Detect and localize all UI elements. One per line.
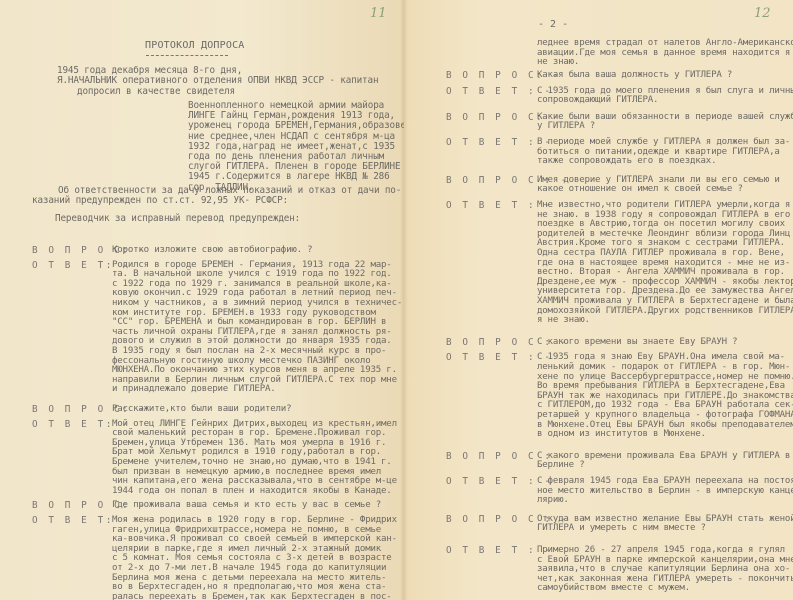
qa-text-line: заявила,что в случае капитуляции Берлина…: [537, 564, 790, 574]
qa-text-line: поездке в Австрию,тогда он посетил могил…: [537, 219, 785, 229]
text-line: не знаю.: [537, 57, 579, 67]
qa-text-line: ГИТЛЕРА и умереть с ним вместе ?: [537, 523, 706, 533]
qa-text-line: направили в Берлин личным слугой ГИТЛЕРА…: [112, 375, 397, 385]
qa-text-line: домохозяйкой ГИТЛЕРА.Других родственнико…: [537, 306, 793, 316]
qa-text-line: в Мюнхене.Отец Евы БРАУН был якобы препо…: [537, 420, 793, 430]
qa-text-line: Мой отец ЛИНГЕ Гейнрих Дитрих,выходец из…: [112, 419, 397, 429]
qa-text-line: Дрездене,ее муж - профессор ХАММИЧ - яко…: [537, 277, 793, 287]
qa-text-line: самоубийством вместе с мужем.: [537, 583, 690, 593]
page-left: 11 ПРОТОКОЛ ДОПРОСА 1945 года декабря ме…: [0, 0, 404, 600]
page-number: - 2 -: [538, 19, 568, 30]
qa-text-line: Берлина моя жена с детьми переехала на м…: [112, 573, 386, 583]
archive-page-number: 12: [754, 6, 771, 21]
qa-text-line: Расскажите,кто были ваши родители?: [112, 404, 291, 414]
qa-text-line: родителей в местечке Леондинг вблизи гор…: [537, 229, 793, 239]
qa-text-line: я не знаю.: [537, 315, 590, 325]
qa-text-line: ралась переехать в Бремен,так как Берхте…: [112, 592, 392, 600]
qa-text-line: целярии в парке,где я имел личный 2-х эт…: [112, 544, 381, 554]
qa-text-line: с Евой БРАУН в парке имперской канцеляри…: [537, 555, 793, 565]
qa-text-line: в одном из институтов в Мюнхене.: [537, 429, 706, 439]
qa-text-line: сопровождающий ГИТЛЕРА.: [537, 95, 658, 105]
qa-text-line: гаген,улица Фридрихштрассе,номера не пом…: [112, 525, 381, 535]
qa-text-line: Где проживала ваша семья и кто есть у ва…: [112, 500, 381, 510]
qa-text-line: ное место жительство в Берлин - в имперс…: [537, 486, 793, 496]
qa-text-line: МЮНХЕНА.По окончанию этих курсов меня в …: [112, 365, 397, 375]
qa-text-line: "СС" гор. БРЕМЕНА и был командирован в г…: [112, 317, 386, 327]
qa-text-line: с ГИТЛЕРОМ,до 1932 года - Ева БРАУН рабо…: [537, 400, 793, 410]
qa-text-line: ка-вовчика.Я проживал со своей семьей в …: [112, 534, 397, 544]
qa-text-line: с 5 комнат. Моя семья состояла с 3-х дет…: [112, 553, 392, 563]
translator-line: Переводчик за исправный перевод предупре…: [55, 214, 300, 224]
qa-text-line: В 1935 году я был послан на 2-х месячный…: [112, 346, 386, 356]
qa-text-line: дового и служил в этой должности до янва…: [112, 336, 392, 346]
qa-text-line: Какая была ваша должность у ГИТЛЕРА ?: [537, 70, 732, 80]
page-right: 12 - 2 - леднее время страдал от налетов…: [404, 0, 793, 600]
qa-text-line: Австрия.Кроме того я знаком с сестрами Г…: [537, 238, 785, 248]
qa-text-line: Моя жена родилась в 1920 году в гор. Бер…: [112, 515, 397, 525]
qa-text-line: Мне известно,что родители ГИТЛЕРА умерли…: [537, 200, 790, 210]
qa-text-line: фессональную гостиную школу местечко ПАЗ…: [112, 356, 370, 366]
qa-text-line: свой маленький ресторан в гор. Бремене.П…: [112, 428, 386, 438]
qa-text-line: ковую окончил.с 1929 года работал в летн…: [112, 288, 397, 298]
qa-text-line: Брат мой Хельмут родился в 1910 году,раб…: [112, 447, 381, 457]
qa-text-line: Коротко изложите свою автобиографию. ?: [112, 245, 312, 255]
qa-text-line: та. В начальной школе учился с 1919 года…: [112, 269, 392, 279]
qa-text-line: ленький домик - подарок от ГИТЛЕРА - в г…: [537, 362, 790, 372]
text-line: авиации.Где моя семья в данное время нах…: [537, 48, 790, 58]
archive-page-number: 11: [370, 6, 387, 21]
qa-text-line: Берлине ?: [537, 460, 584, 470]
qa-text-line: и принадлежало доверие ГИТЛЕРА.: [112, 384, 276, 394]
qa-text-line: Примерно 26 - 27 апреля 1945 года,когда …: [537, 545, 785, 555]
qa-text-line: чин капитана,его жена рассказывала,что в…: [112, 476, 397, 486]
qa-text-line: также сопровождать его в поездках.: [537, 156, 716, 166]
qa-text-line: от 2-х до 7-ми лет.В начале 1945 года до…: [112, 563, 386, 573]
qa-text-line: вестно. Вторая - Ангела ХАММИЧ проживала…: [537, 267, 785, 277]
qa-text-line: С 1935 года до моего пленения я был слуг…: [537, 86, 793, 96]
qa-text-line: ХАММИЧ проживала у ГИТЛЕРА в Берхтесгаде…: [537, 296, 793, 306]
qa-text-line: ретаршей у крупного владельца - фотограф…: [537, 410, 793, 420]
qa-text-line: ником у частников, а в зимний период учи…: [112, 298, 402, 308]
document-title: ПРОТОКОЛ ДОПРОСА: [145, 40, 245, 51]
qa-text-line: ботиться о питании,одежде и квартире ГИТ…: [537, 147, 780, 157]
qa-text-line: Одна сестра ПАУЛА ГИТЛЕР проживала в гор…: [537, 248, 785, 258]
qa-text-line: университета гор. Дрездена.До ее замужес…: [537, 286, 793, 296]
qa-text-line: 1944 года он попал в плен и находится як…: [112, 486, 392, 496]
title-underline: [146, 55, 228, 56]
qa-text-line: часть личной охраны ГИТЛЕРА,где я занял …: [112, 327, 392, 337]
qa-text-line: С 1935 года я знаю Еву БРАУН.Она имела с…: [537, 352, 785, 362]
qa-text-line: В периоде моей службе у ГИТЛЕРА я должен…: [537, 137, 790, 147]
qa-text-line: у ГИТЛЕРА ?: [537, 121, 595, 131]
qa-text-line: Родился в городе БРЕМЕН - Германия, 1913…: [112, 260, 392, 270]
qa-text-line: Откуда вам известно желание Евы БРАУН ст…: [537, 514, 793, 524]
qa-text-line: С февраля 1945 года Ева БРАУН переехала …: [537, 476, 793, 486]
qa-text-line: во в Берхтесгаден,но я предполагаю,что м…: [112, 582, 386, 592]
text-line: допросил в качестве свидетеля: [77, 87, 235, 97]
qa-text-line: какое отношение он имел к своей семье ?: [537, 184, 743, 194]
qa-text-line: где она в настоящее время находится - мн…: [537, 258, 790, 268]
qa-text-line: не знаю. в 1938 году я сопровождал ГИТЛЕ…: [537, 210, 790, 220]
qa-text-line: Бремене учителем,точно не знаю,но думаю,…: [112, 457, 392, 467]
text-line: леднее время страдал от налетов Англо-Ам…: [537, 38, 793, 48]
qa-text-line: лярию.: [537, 495, 569, 505]
qa-text-line: Какие были ваши обязанности в периоде ва…: [537, 112, 793, 122]
page-fold: [400, 0, 408, 600]
qa-text-line: Во время пребывания ГИТЛЕРА в Берхтесгад…: [537, 381, 785, 391]
qa-text-line: Имея доверие у ГИТЛЕРА знали ли вы его с…: [537, 175, 780, 185]
text-line: казаний предупрежден по ст.ст. 92,95 УК-…: [32, 196, 288, 206]
qa-text-line: С какого времени вы знаете Еву БРАУН ?: [537, 337, 737, 347]
qa-text-line: С какого времени проживала Ева БРАУН у Г…: [537, 451, 790, 461]
